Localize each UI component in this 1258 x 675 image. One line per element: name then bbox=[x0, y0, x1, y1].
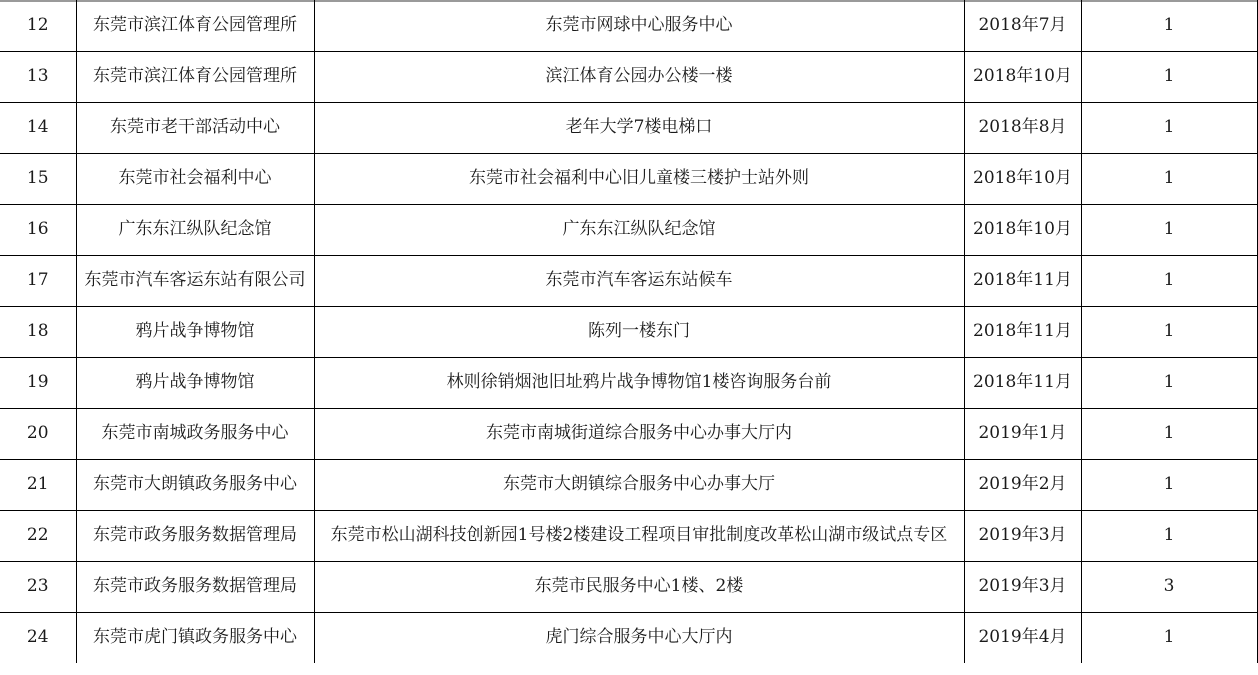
cell-date[interactable]: 2019年4月 bbox=[964, 612, 1081, 663]
table-row: 19 鸦片战争博物馆 林则徐销烟池旧址鸦片战争博物馆1楼咨询服务台前 2018年… bbox=[0, 357, 1257, 408]
cell-no[interactable]: 17 bbox=[0, 255, 76, 306]
cell-quantity[interactable]: 1 bbox=[1081, 459, 1257, 510]
cell-organization[interactable]: 东莞市大朗镇政务服务中心 bbox=[76, 459, 314, 510]
cell-no[interactable]: 14 bbox=[0, 102, 76, 153]
cell-quantity[interactable]: 1 bbox=[1081, 153, 1257, 204]
cell-organization[interactable]: 东莞市政务服务数据管理局 bbox=[76, 561, 314, 612]
table-row: 21 东莞市大朗镇政务服务中心 东莞市大朗镇综合服务中心办事大厅 2019年2月… bbox=[0, 459, 1257, 510]
table-row: 22 东莞市政务服务数据管理局 东莞市松山湖科技创新园1号楼2楼建设工程项目审批… bbox=[0, 510, 1257, 561]
table-row: 18 鸦片战争博物馆 陈列一楼东门 2018年11月 1 bbox=[0, 306, 1257, 357]
cell-organization[interactable]: 东莞市滨江体育公园管理所 bbox=[76, 51, 314, 102]
cell-no[interactable]: 21 bbox=[0, 459, 76, 510]
cell-location[interactable]: 东莞市网球中心服务中心 bbox=[314, 0, 964, 51]
cell-organization[interactable]: 东莞市汽车客运东站有限公司 bbox=[76, 255, 314, 306]
cell-date[interactable]: 2019年3月 bbox=[964, 561, 1081, 612]
cell-no[interactable]: 16 bbox=[0, 204, 76, 255]
table-row: 17 东莞市汽车客运东站有限公司 东莞市汽车客运东站候车 2018年11月 1 bbox=[0, 255, 1257, 306]
cell-date[interactable]: 2019年1月 bbox=[964, 408, 1081, 459]
cell-organization[interactable]: 东莞市南城政务服务中心 bbox=[76, 408, 314, 459]
cell-location[interactable]: 林则徐销烟池旧址鸦片战争博物馆1楼咨询服务台前 bbox=[314, 357, 964, 408]
cell-location[interactable]: 陈列一楼东门 bbox=[314, 306, 964, 357]
cell-quantity[interactable]: 1 bbox=[1081, 0, 1257, 51]
cell-quantity[interactable]: 1 bbox=[1081, 204, 1257, 255]
cell-no[interactable]: 12 bbox=[0, 0, 76, 51]
cell-organization[interactable]: 东莞市虎门镇政务服务中心 bbox=[76, 612, 314, 663]
cell-location[interactable]: 东莞市南城街道综合服务中心办事大厅内 bbox=[314, 408, 964, 459]
cell-location[interactable]: 东莞市松山湖科技创新园1号楼2楼建设工程项目审批制度改革松山湖市级试点专区 bbox=[314, 510, 964, 561]
cell-quantity[interactable]: 1 bbox=[1081, 51, 1257, 102]
cell-date[interactable]: 2019年2月 bbox=[964, 459, 1081, 510]
cell-organization[interactable]: 东莞市政务服务数据管理局 bbox=[76, 510, 314, 561]
cell-location[interactable]: 广东东江纵队纪念馆 bbox=[314, 204, 964, 255]
cell-organization[interactable]: 东莞市滨江体育公园管理所 bbox=[76, 0, 314, 51]
cell-no[interactable]: 20 bbox=[0, 408, 76, 459]
cell-organization[interactable]: 东莞市老干部活动中心 bbox=[76, 102, 314, 153]
cell-date[interactable]: 2018年11月 bbox=[964, 357, 1081, 408]
cell-organization[interactable]: 广东东江纵队纪念馆 bbox=[76, 204, 314, 255]
cell-organization[interactable]: 鸦片战争博物馆 bbox=[76, 357, 314, 408]
cell-quantity[interactable]: 1 bbox=[1081, 306, 1257, 357]
cell-quantity[interactable]: 1 bbox=[1081, 357, 1257, 408]
cell-date[interactable]: 2018年10月 bbox=[964, 51, 1081, 102]
cell-no[interactable]: 24 bbox=[0, 612, 76, 663]
spreadsheet-page: 12 东莞市滨江体育公园管理所 东莞市网球中心服务中心 2018年7月 1 13… bbox=[0, 0, 1258, 675]
table-row: 24 东莞市虎门镇政务服务中心 虎门综合服务中心大厅内 2019年4月 1 bbox=[0, 612, 1257, 663]
cell-date[interactable]: 2018年8月 bbox=[964, 102, 1081, 153]
cell-location[interactable]: 东莞市民服务中心1楼、2楼 bbox=[314, 561, 964, 612]
cell-no[interactable]: 18 bbox=[0, 306, 76, 357]
equipment-location-table: 12 东莞市滨江体育公园管理所 东莞市网球中心服务中心 2018年7月 1 13… bbox=[0, 0, 1258, 663]
table-row: 20 东莞市南城政务服务中心 东莞市南城街道综合服务中心办事大厅内 2019年1… bbox=[0, 408, 1257, 459]
cell-date[interactable]: 2018年10月 bbox=[964, 204, 1081, 255]
cell-location[interactable]: 东莞市社会福利中心旧儿童楼三楼护士站外则 bbox=[314, 153, 964, 204]
cell-no[interactable]: 22 bbox=[0, 510, 76, 561]
table-row: 14 东莞市老干部活动中心 老年大学7楼电梯口 2018年8月 1 bbox=[0, 102, 1257, 153]
cell-quantity[interactable]: 1 bbox=[1081, 255, 1257, 306]
table-row: 13 东莞市滨江体育公园管理所 滨江体育公园办公楼一楼 2018年10月 1 bbox=[0, 51, 1257, 102]
cell-organization[interactable]: 鸦片战争博物馆 bbox=[76, 306, 314, 357]
table-row: 15 东莞市社会福利中心 东莞市社会福利中心旧儿童楼三楼护士站外则 2018年1… bbox=[0, 153, 1257, 204]
table-row: 16 广东东江纵队纪念馆 广东东江纵队纪念馆 2018年10月 1 bbox=[0, 204, 1257, 255]
cell-date[interactable]: 2018年7月 bbox=[964, 0, 1081, 51]
cell-no[interactable]: 15 bbox=[0, 153, 76, 204]
cell-quantity[interactable]: 3 bbox=[1081, 561, 1257, 612]
cell-date[interactable]: 2018年11月 bbox=[964, 306, 1081, 357]
table-row: 12 东莞市滨江体育公园管理所 东莞市网球中心服务中心 2018年7月 1 bbox=[0, 0, 1257, 51]
cell-date[interactable]: 2019年3月 bbox=[964, 510, 1081, 561]
cell-no[interactable]: 23 bbox=[0, 561, 76, 612]
cell-no[interactable]: 19 bbox=[0, 357, 76, 408]
cell-quantity[interactable]: 1 bbox=[1081, 612, 1257, 663]
cell-location[interactable]: 老年大学7楼电梯口 bbox=[314, 102, 964, 153]
cell-location[interactable]: 滨江体育公园办公楼一楼 bbox=[314, 51, 964, 102]
cell-date[interactable]: 2018年10月 bbox=[964, 153, 1081, 204]
cell-quantity[interactable]: 1 bbox=[1081, 510, 1257, 561]
cell-location[interactable]: 东莞市大朗镇综合服务中心办事大厅 bbox=[314, 459, 964, 510]
table-row: 23 东莞市政务服务数据管理局 东莞市民服务中心1楼、2楼 2019年3月 3 bbox=[0, 561, 1257, 612]
cell-location[interactable]: 虎门综合服务中心大厅内 bbox=[314, 612, 964, 663]
cell-no[interactable]: 13 bbox=[0, 51, 76, 102]
cell-quantity[interactable]: 1 bbox=[1081, 102, 1257, 153]
cell-organization[interactable]: 东莞市社会福利中心 bbox=[76, 153, 314, 204]
cell-quantity[interactable]: 1 bbox=[1081, 408, 1257, 459]
cell-location[interactable]: 东莞市汽车客运东站候车 bbox=[314, 255, 964, 306]
cell-date[interactable]: 2018年11月 bbox=[964, 255, 1081, 306]
